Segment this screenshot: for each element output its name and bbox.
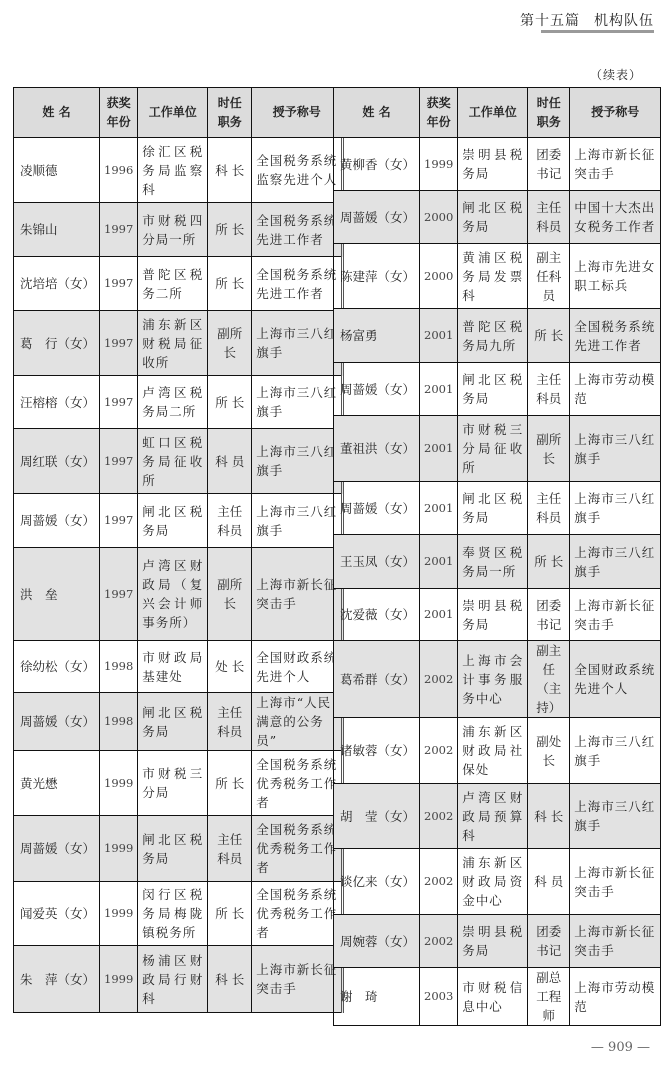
cell-position: 所 长 (528, 309, 570, 363)
cell-year: 1999 (100, 816, 138, 882)
section-label: 第十五篇 (520, 13, 580, 29)
table-row: 闻爱英（女）1999闵行区税务局梅陇镇税务所所 长全国税务系统优秀税务工作者 (14, 882, 343, 946)
cell-year: 2001 (420, 535, 458, 589)
cell-unit: 闸北区税务局 (138, 494, 208, 548)
cell-year: 1999 (100, 882, 138, 946)
table-row: 黄柳香（女）1999崇明县税务局团委书记上海市新长征突击手 (334, 138, 661, 191)
cell-unit: 闸北区税务局 (458, 363, 528, 416)
table-row: 周红联（女）1997虹口区税务局征收所科 员上海市三八红旗手 (14, 429, 343, 494)
cell-title: 全国税务系统优秀税务工作者 (252, 816, 343, 882)
cell-title: 上海市新长征突击手 (252, 548, 343, 641)
cell-name: 朱 萍（女） (14, 946, 100, 1013)
cell-name: 谈亿来（女） (334, 849, 420, 915)
cell-unit: 市财税信息中心 (458, 968, 528, 1026)
cell-title: 全国税务系统先进工作者 (570, 309, 661, 363)
cell-unit: 徐汇区税务局监察科 (138, 138, 208, 203)
column-header-unit: 工作单位 (458, 88, 528, 138)
cell-unit: 浦东新区财税局征收所 (138, 311, 208, 376)
cell-name: 胡 莹（女） (334, 784, 420, 849)
cell-year: 2003 (420, 968, 458, 1026)
cell-name: 王玉凤（女） (334, 535, 420, 589)
cell-position: 团委书记 (528, 138, 570, 191)
cell-position: 主任科员 (208, 693, 252, 751)
cell-title: 上海市三八红旗手 (570, 718, 661, 784)
cell-name: 周蔷媛（女） (334, 191, 420, 244)
cell-position: 所 长 (528, 535, 570, 589)
cell-year: 1999 (420, 138, 458, 191)
cell-year: 2002 (420, 718, 458, 784)
chapter-label: 机构队伍 (594, 13, 654, 29)
table-row: 王玉凤（女）2001奉贤区税务局一所所 长上海市三八红旗手 (334, 535, 661, 589)
cell-year: 2001 (420, 589, 458, 641)
cell-year: 1998 (100, 693, 138, 751)
cell-unit: 杨浦区财政局行财科 (138, 946, 208, 1013)
cell-title: 上海市三八红旗手 (252, 376, 343, 429)
cell-title: 上海市“人民满意的公务员” (252, 693, 343, 751)
cell-name: 陈建萍（女） (334, 244, 420, 309)
cell-position: 所 长 (208, 257, 252, 311)
cell-position: 主任科员 (528, 482, 570, 535)
cell-title: 全国税务系统优秀税务工作者 (252, 751, 343, 816)
cell-title: 上海市新长征突击手 (570, 589, 661, 641)
cell-unit: 市财税三分局 (138, 751, 208, 816)
cell-unit: 市财税四分局一所 (138, 203, 208, 257)
cell-name: 黄光懋 (14, 751, 100, 816)
cell-position: 所 长 (208, 203, 252, 257)
table-row: 谢 琦2003市财税信息中心副总工程师上海市劳动模范 (334, 968, 661, 1026)
cell-position: 副处长 (528, 718, 570, 784)
cell-name: 周婉蓉（女） (334, 915, 420, 968)
cell-position: 处 长 (208, 641, 252, 693)
cell-position: 所 长 (208, 882, 252, 946)
cell-title: 上海市新长征突击手 (570, 849, 661, 915)
cell-position: 主任科员 (528, 191, 570, 244)
cell-year: 1996 (100, 138, 138, 203)
cell-unit: 闸北区税务局 (458, 191, 528, 244)
table-row: 凌顺德1996徐汇区税务局监察科科 长全国税务系统监察先进个人 (14, 138, 343, 203)
header-rule (541, 30, 654, 33)
cell-year: 2001 (420, 482, 458, 535)
cell-year: 2000 (420, 191, 458, 244)
cell-year: 1999 (100, 946, 138, 1013)
cell-year: 2000 (420, 244, 458, 309)
table-header-row: 姓 名获奖 年份工作单位时任 职务授予称号 (334, 88, 661, 138)
column-header-title: 授予称号 (252, 88, 343, 138)
cell-year: 1997 (100, 494, 138, 548)
cell-title: 上海市三八红旗手 (252, 429, 343, 494)
cell-title: 全国财政系统先进个人 (252, 641, 343, 693)
column-header-year: 获奖 年份 (420, 88, 458, 138)
cell-name: 闻爱英（女） (14, 882, 100, 946)
awards-table-right: 姓 名获奖 年份工作单位时任 职务授予称号 黄柳香（女）1999崇明县税务局团委… (333, 87, 661, 1026)
cell-name: 洪 垒 (14, 548, 100, 641)
table-row: 周婉蓉（女）2002崇明县税务局团委书记上海市新长征突击手 (334, 915, 661, 968)
cell-year: 2002 (420, 641, 458, 718)
cell-year: 2001 (420, 363, 458, 416)
cell-year: 2001 (420, 416, 458, 482)
cell-title: 上海市先进女职工标兵 (570, 244, 661, 309)
cell-unit: 崇明县税务局 (458, 138, 528, 191)
cell-position: 主任科员 (208, 816, 252, 882)
cell-name: 周蔷媛（女） (334, 482, 420, 535)
cell-title: 上海市三八红旗手 (252, 311, 343, 376)
table-row: 周蔷媛（女）1999闸北区税务局主任科员全国税务系统优秀税务工作者 (14, 816, 343, 882)
table-row: 洪 垒1997卢湾区财政局（复兴会计师事务所）副所长上海市新长征突击手 (14, 548, 343, 641)
cell-year: 1997 (100, 203, 138, 257)
cell-name: 葛希群（女） (334, 641, 420, 718)
cell-unit: 普陀区税务局九所 (458, 309, 528, 363)
table-row: 朱 萍（女）1999杨浦区财政局行财科科 长上海市新长征突击手 (14, 946, 343, 1013)
cell-position: 科 长 (528, 784, 570, 849)
cell-title: 上海市三八红旗手 (570, 482, 661, 535)
cell-unit: 奉贤区税务局一所 (458, 535, 528, 589)
cell-name: 沈爱薇（女） (334, 589, 420, 641)
column-header-year: 获奖 年份 (100, 88, 138, 138)
column-header-name: 姓 名 (14, 88, 100, 138)
cell-title: 全国税务系统优秀税务工作者 (252, 882, 343, 946)
cell-title: 上海市劳动模范 (570, 968, 661, 1026)
cell-year: 1998 (100, 641, 138, 693)
table-row: 周蔷媛（女）1997闸北区税务局主任科员上海市三八红旗手 (14, 494, 343, 548)
table-row: 黄光懋1999市财税三分局所 长全国税务系统优秀税务工作者 (14, 751, 343, 816)
table-row: 周蔷媛（女）1998闸北区税务局主任科员上海市“人民满意的公务员” (14, 693, 343, 751)
table-row: 谈亿来（女）2002浦东新区财政局资金中心科 员上海市新长征突击手 (334, 849, 661, 915)
cell-title: 全国财政系统先进个人 (570, 641, 661, 718)
cell-position: 副主任（主持） (528, 641, 570, 718)
cell-unit: 虹口区税务局征收所 (138, 429, 208, 494)
column-header-position: 时任 职务 (208, 88, 252, 138)
cell-year: 2002 (420, 849, 458, 915)
cell-year: 1999 (100, 751, 138, 816)
cell-position: 科 长 (208, 138, 252, 203)
table-row: 沈爱薇（女）2001崇明县税务局团委书记上海市新长征突击手 (334, 589, 661, 641)
cell-position: 团委书记 (528, 915, 570, 968)
cell-unit: 卢湾区税务局二所 (138, 376, 208, 429)
continued-label: （续表） (590, 66, 642, 83)
cell-name: 周蔷媛（女） (14, 494, 100, 548)
cell-title: 中国十大杰出女税务工作者 (570, 191, 661, 244)
cell-position: 科 长 (208, 946, 252, 1013)
cell-position: 副主任科员 (528, 244, 570, 309)
table-row: 沈培培（女）1997普陀区税务二所所 长全国税务系统先进工作者 (14, 257, 343, 311)
cell-unit: 闸北区税务局 (138, 693, 208, 751)
cell-name: 徐幼松（女） (14, 641, 100, 693)
column-header-unit: 工作单位 (138, 88, 208, 138)
cell-position: 所 长 (208, 751, 252, 816)
cell-unit: 闸北区税务局 (458, 482, 528, 535)
cell-unit: 卢湾区财政局预算科 (458, 784, 528, 849)
table-row: 葛希群（女）2002上海市会计事务服务中心副主任（主持）全国财政系统先进个人 (334, 641, 661, 718)
cell-position: 主任科员 (528, 363, 570, 416)
cell-unit: 市财政局基建处 (138, 641, 208, 693)
cell-year: 2001 (420, 309, 458, 363)
cell-name: 周蔷媛（女） (14, 816, 100, 882)
awards-table-left: 姓 名获奖 年份工作单位时任 职务授予称号 凌顺德1996徐汇区税务局监察科科 … (13, 87, 344, 1013)
cell-title: 全国税务系统监察先进个人 (252, 138, 343, 203)
cell-title: 全国税务系统先进工作者 (252, 203, 343, 257)
table-row: 周蔷媛（女）2001闸北区税务局主任科员上海市劳动模范 (334, 363, 661, 416)
table-row: 诸敏蓉（女）2002浦东新区财政局社保处副处长上海市三八红旗手 (334, 718, 661, 784)
cell-name: 沈培培（女） (14, 257, 100, 311)
cell-position: 科 员 (528, 849, 570, 915)
cell-name: 杨富勇 (334, 309, 420, 363)
table-row: 汪榕榕（女）1997卢湾区税务局二所所 长上海市三八红旗手 (14, 376, 343, 429)
cell-title: 上海市劳动模范 (570, 363, 661, 416)
cell-year: 1997 (100, 429, 138, 494)
cell-name: 诸敏蓉（女） (334, 718, 420, 784)
cell-unit: 卢湾区财政局（复兴会计师事务所） (138, 548, 208, 641)
cell-title: 上海市新长征突击手 (252, 946, 343, 1013)
cell-name: 葛 行（女） (14, 311, 100, 376)
cell-title: 上海市新长征突击手 (570, 915, 661, 968)
table-row: 杨富勇2001普陀区税务局九所所 长全国税务系统先进工作者 (334, 309, 661, 363)
cell-year: 1997 (100, 311, 138, 376)
page-number: — 909 — (591, 1040, 650, 1055)
table-row: 陈建萍（女）2000黄浦区税务局发票科副主任科员上海市先进女职工标兵 (334, 244, 661, 309)
cell-position: 科 员 (208, 429, 252, 494)
cell-title: 全国税务系统先进工作者 (252, 257, 343, 311)
cell-position: 所 长 (208, 376, 252, 429)
cell-name: 董祖洪（女） (334, 416, 420, 482)
table-row: 葛 行（女）1997浦东新区财税局征收所副所长上海市三八红旗手 (14, 311, 343, 376)
cell-unit: 浦东新区财政局资金中心 (458, 849, 528, 915)
cell-position: 副所长 (528, 416, 570, 482)
cell-position: 副所长 (208, 311, 252, 376)
table-body-left: 凌顺德1996徐汇区税务局监察科科 长全国税务系统监察先进个人朱锦山1997市财… (14, 138, 343, 1013)
cell-name: 汪榕榕（女） (14, 376, 100, 429)
cell-unit: 上海市会计事务服务中心 (458, 641, 528, 718)
cell-unit: 崇明县税务局 (458, 589, 528, 641)
table-row: 朱锦山1997市财税四分局一所所 长全国税务系统先进工作者 (14, 203, 343, 257)
cell-year: 1997 (100, 257, 138, 311)
cell-name: 周蔷媛（女） (334, 363, 420, 416)
cell-unit: 市财税三分局征收所 (458, 416, 528, 482)
cell-name: 周蔷媛（女） (14, 693, 100, 751)
cell-title: 上海市新长征突击手 (570, 138, 661, 191)
cell-unit: 普陀区税务二所 (138, 257, 208, 311)
cell-unit: 闵行区税务局梅陇镇税务所 (138, 882, 208, 946)
table-header-row: 姓 名获奖 年份工作单位时任 职务授予称号 (14, 88, 343, 138)
cell-title: 上海市三八红旗手 (252, 494, 343, 548)
table-row: 徐幼松（女）1998市财政局基建处处 长全国财政系统先进个人 (14, 641, 343, 693)
column-header-position: 时任 职务 (528, 88, 570, 138)
cell-unit: 崇明县税务局 (458, 915, 528, 968)
column-header-title: 授予称号 (570, 88, 661, 138)
cell-year: 1997 (100, 376, 138, 429)
table-row: 胡 莹（女）2002卢湾区财政局预算科科 长上海市三八红旗手 (334, 784, 661, 849)
cell-unit: 黄浦区税务局发票科 (458, 244, 528, 309)
cell-year: 1997 (100, 548, 138, 641)
table-row: 周蔷媛（女）2000闸北区税务局主任科员中国十大杰出女税务工作者 (334, 191, 661, 244)
cell-position: 主任科员 (208, 494, 252, 548)
cell-unit: 闸北区税务局 (138, 816, 208, 882)
cell-position: 副总工程师 (528, 968, 570, 1026)
cell-name: 朱锦山 (14, 203, 100, 257)
table-row: 周蔷媛（女）2001闸北区税务局主任科员上海市三八红旗手 (334, 482, 661, 535)
running-head: 第十五篇机构队伍 (520, 10, 654, 30)
table-body-right: 黄柳香（女）1999崇明县税务局团委书记上海市新长征突击手周蔷媛（女）2000闸… (334, 138, 661, 1026)
cell-title: 上海市三八红旗手 (570, 535, 661, 589)
cell-title: 上海市三八红旗手 (570, 416, 661, 482)
cell-name: 黄柳香（女） (334, 138, 420, 191)
cell-name: 谢 琦 (334, 968, 420, 1026)
table-row: 董祖洪（女）2001市财税三分局征收所副所长上海市三八红旗手 (334, 416, 661, 482)
cell-year: 2002 (420, 784, 458, 849)
cell-name: 周红联（女） (14, 429, 100, 494)
cell-position: 副所长 (208, 548, 252, 641)
cell-year: 2002 (420, 915, 458, 968)
cell-position: 团委书记 (528, 589, 570, 641)
cell-unit: 浦东新区财政局社保处 (458, 718, 528, 784)
cell-title: 上海市三八红旗手 (570, 784, 661, 849)
cell-name: 凌顺德 (14, 138, 100, 203)
column-header-name: 姓 名 (334, 88, 420, 138)
